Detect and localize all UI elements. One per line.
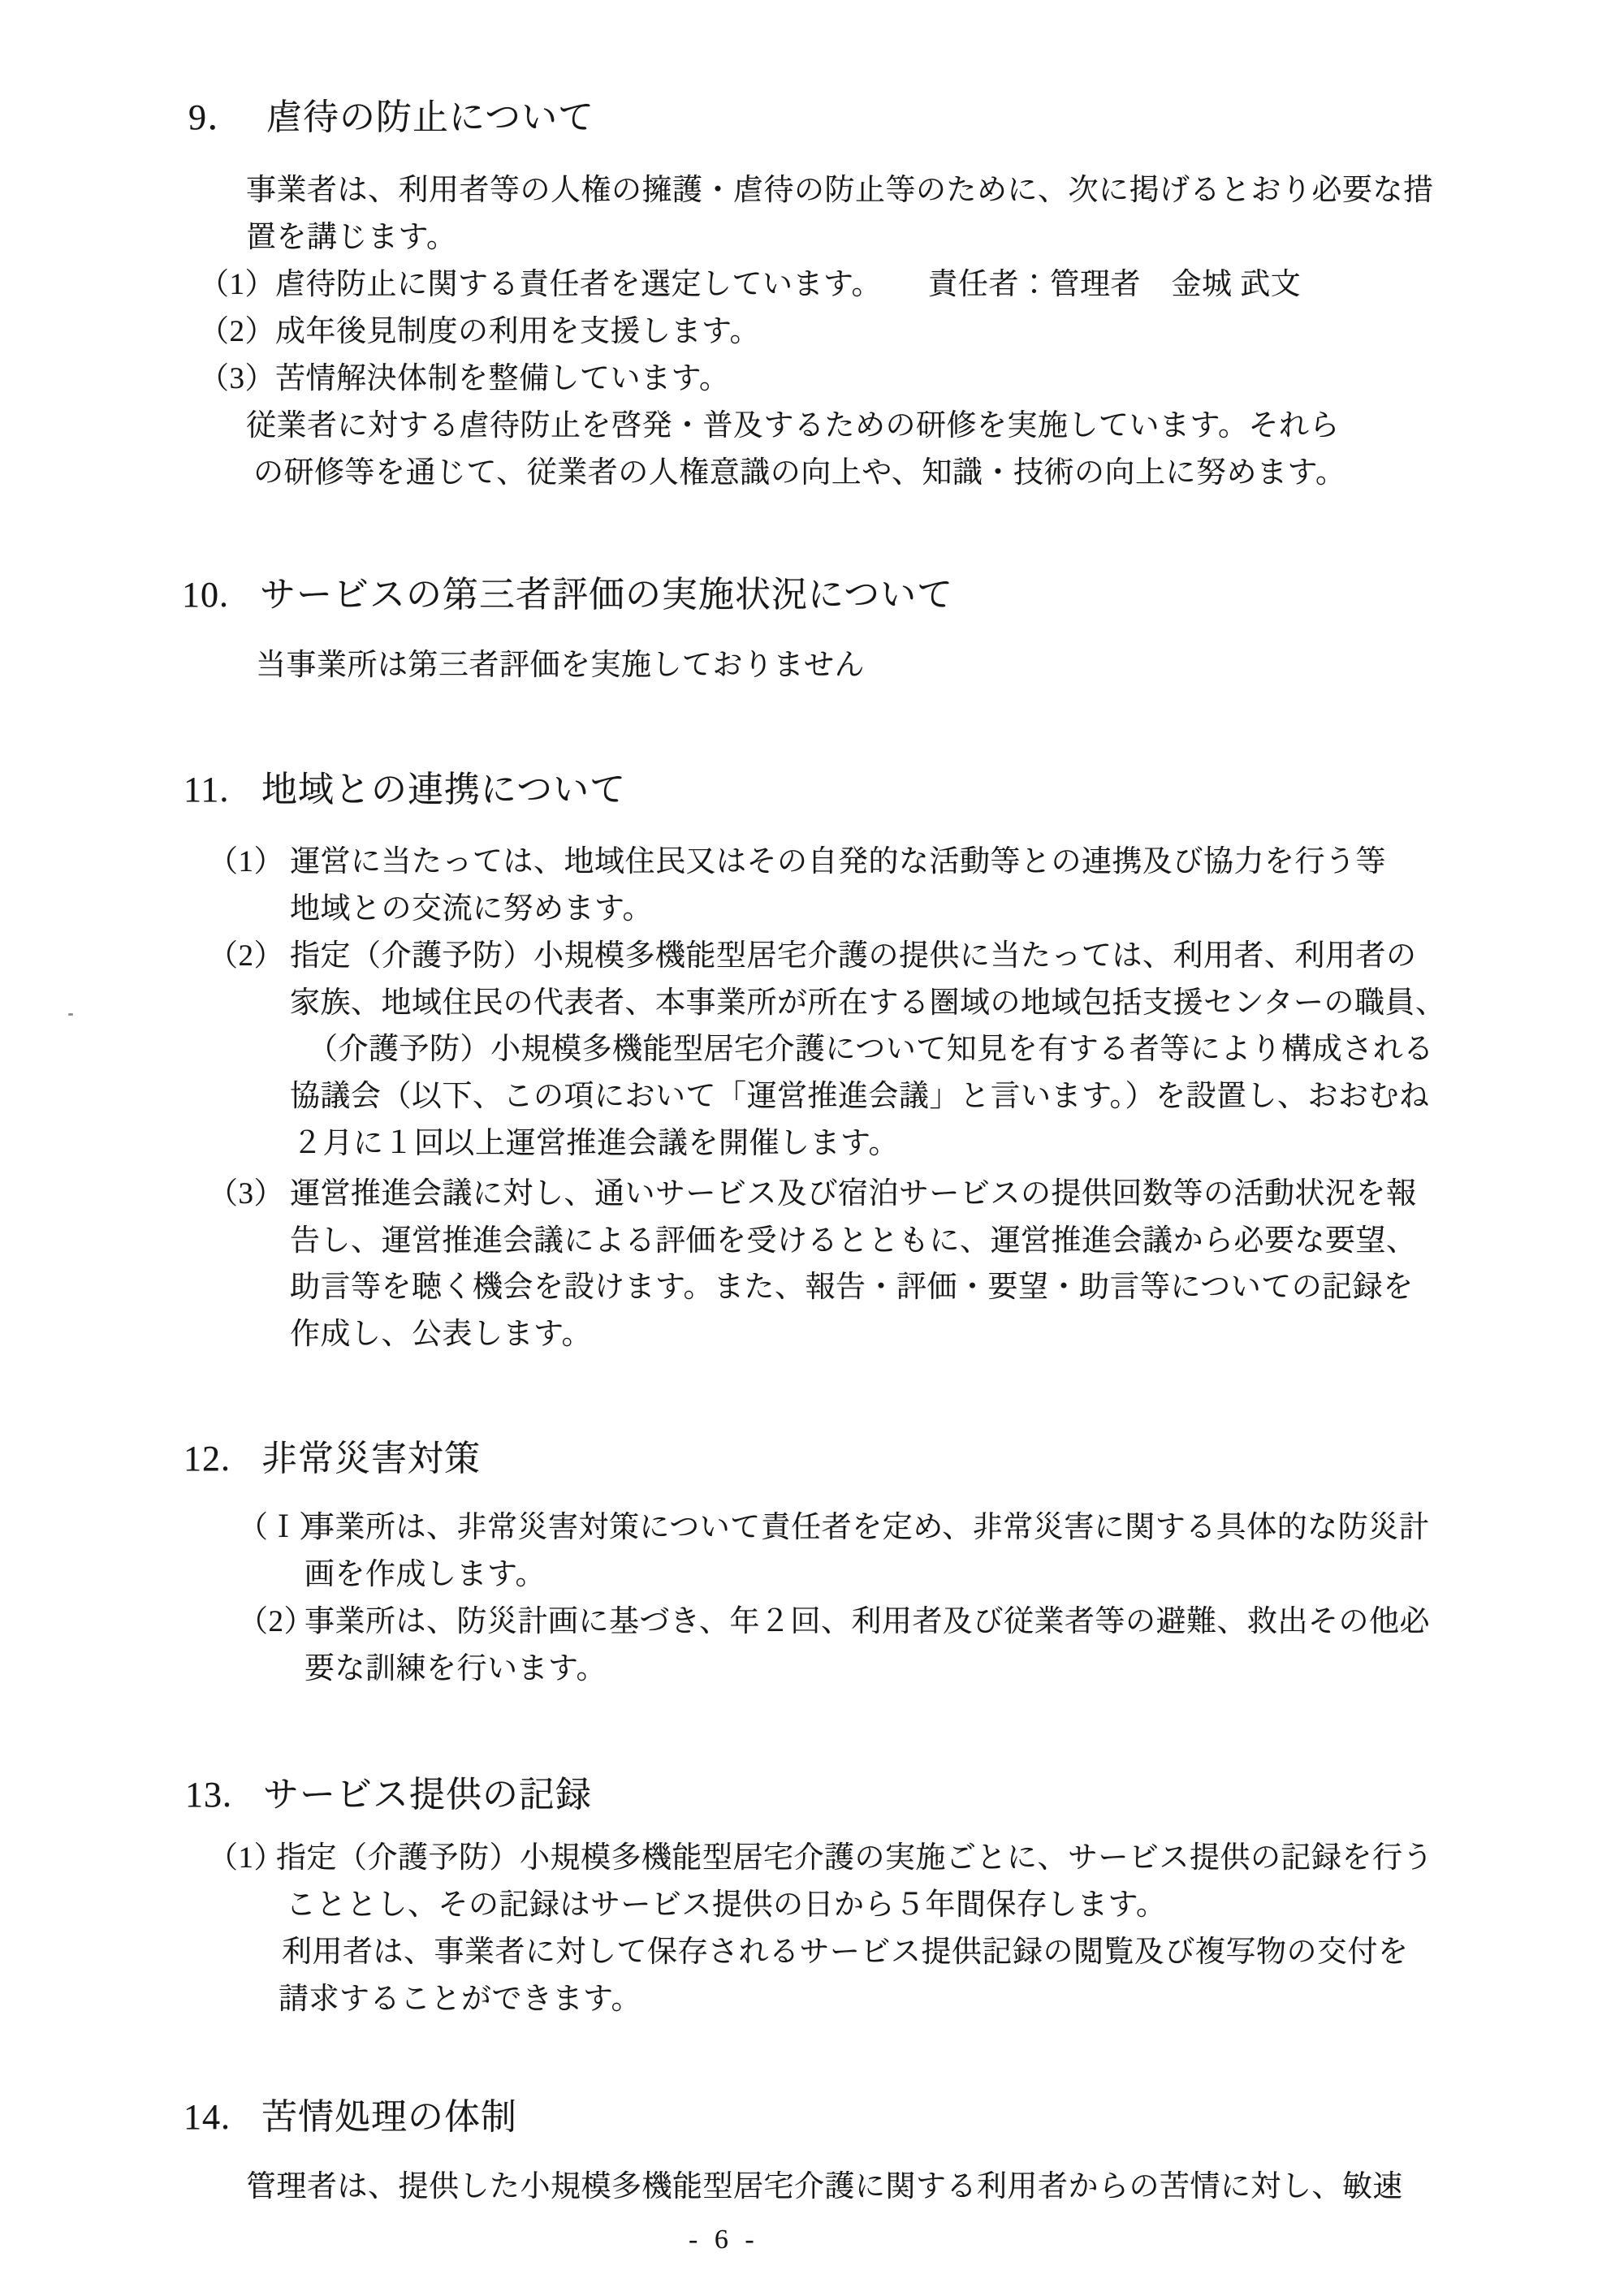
- list-item-line: こととし、その記録はサービス提供の日から５年間保存します。: [286, 1887, 1167, 1924]
- section-13-heading: 13.サービス提供の記録: [185, 1773, 592, 1817]
- page-number: - 6 -: [689, 2225, 759, 2255]
- list-item-line: 告し、運営推進会議による評価を受けるとともに、運営推進会議から必要な要望、: [290, 1223, 1417, 1260]
- item-label: （3）: [208, 1176, 290, 1213]
- list-item-line: 地域との交流に努めます。: [290, 891, 653, 928]
- paragraph-line: 事業者は、利用者等の人権の擁護・虐待の防止等のために、次に掲げるとおり必要な措: [246, 172, 1434, 209]
- list-item-line: （1）虐待防止に関する責任者を選定しています。 責任者：管理者 金城 武文: [199, 266, 1301, 304]
- section-9-heading: 9．虐待の防止について: [188, 96, 594, 140]
- item-label: （2）: [208, 938, 290, 975]
- section-12-heading: 12.非常災害対策: [184, 1437, 481, 1481]
- section-number: 10.: [182, 573, 260, 617]
- list-item-line: （1）運営に当たっては、地域住民又はその自発的な活動等との連携及び協力を行う等: [208, 844, 1386, 881]
- list-item-line: （介護予防）小規模多機能型居宅介護について知見を有する者等により構成される: [308, 1031, 1434, 1068]
- item-label: （2）: [238, 1603, 304, 1641]
- list-item-line: 画を作成します。: [304, 1556, 546, 1594]
- list-item-line: （1）指定（介護予防）小規模多機能型居宅介護の実施ごとに、サービス提供の記録を行…: [208, 1840, 1433, 1877]
- paragraph-line: 従業者に対する虐待防止を啓発・普及するための研修を実施しています。それら: [246, 408, 1340, 445]
- list-item-line: （2）事業所は、防災計画に基づき、年２回、利用者及び従業者等の避難、救出その他必: [238, 1603, 1430, 1641]
- section-number: 14.: [184, 2095, 261, 2139]
- paragraph-line: 当事業所は第三者評価を実施しておりません: [256, 647, 865, 684]
- section-title: サービス提供の記録: [263, 1775, 592, 1815]
- list-item-line: （2）指定（介護予防）小規模多機能型居宅介護の提供に当たっては、利用者、利用者の: [208, 938, 1417, 975]
- list-item-line: 協議会（以下、この項において「運営推進会議」と言います。）を設置し、おおむね: [290, 1078, 1430, 1116]
- document-page: 9．虐待の防止について 事業者は、利用者等の人権の擁護・虐待の防止等のために、次…: [0, 0, 1624, 2296]
- list-item-line: 要な訓練を行います。: [304, 1651, 607, 1688]
- section-title: 地域との連携について: [261, 770, 626, 809]
- section-number: 13.: [185, 1773, 263, 1817]
- list-item-line: ２月に１回以上運営推進会議を開催します。: [292, 1125, 899, 1163]
- list-item-line: 請求することができます。: [279, 1981, 641, 2018]
- item-label: （Ｉ）: [238, 1509, 304, 1547]
- item-label: （1）: [208, 1840, 276, 1877]
- paragraph-line: 管理者は、提供した小規模多機能型居宅介護に関する利用者からの苦情に対し、敏速: [246, 2169, 1403, 2206]
- section-title: サービスの第三者評価の実施状況について: [260, 575, 953, 615]
- section-title: 非常災害対策: [261, 1439, 481, 1478]
- list-item-line: 家族、地域住民の代表者、本事業所が所在する圏域の地域包括支援センターの職員、: [290, 985, 1446, 1022]
- list-item-line: （3）運営推進会議に対し、通いサービス及び宿泊サービスの提供回数等の活動状況を報: [208, 1176, 1417, 1213]
- section-10-heading: 10.サービスの第三者評価の実施状況について: [182, 573, 953, 617]
- list-item-line: 作成し、公表します。: [290, 1316, 592, 1353]
- section-11-heading: 11.地域との連携について: [184, 768, 626, 812]
- list-item-line: （3）苦情解決体制を整備しています。: [199, 360, 730, 398]
- section-number: 11.: [184, 768, 261, 812]
- list-item-line: （2）成年後見制度の利用を支援します。: [199, 313, 760, 351]
- list-item-line: 利用者は、事業者に対して保存されるサービス提供記録の閲覧及び複写物の交付を: [282, 1934, 1409, 1971]
- paragraph-line: の研修等を通じて、従業者の人権意識の向上や、知識・技術の向上に努めます。: [253, 455, 1346, 492]
- scan-speck: [68, 1013, 73, 1016]
- section-number: 9．: [188, 96, 266, 140]
- section-title: 苦情処理の体制: [261, 2097, 517, 2137]
- section-title: 虐待の防止について: [266, 97, 594, 137]
- section-number: 12.: [184, 1437, 261, 1481]
- paragraph-line: 置を講じます。: [246, 219, 457, 257]
- list-item-line: 助言等を聴く機会を設けます。また、報告・評価・要望・助言等についての記録を: [290, 1269, 1414, 1306]
- list-item-line: （Ｉ）事業所は、非常災害対策について責任者を定め、非常災害に関する具体的な防災計: [238, 1509, 1429, 1547]
- section-14-heading: 14.苦情処理の体制: [184, 2095, 517, 2139]
- item-label: （1）: [208, 844, 290, 881]
